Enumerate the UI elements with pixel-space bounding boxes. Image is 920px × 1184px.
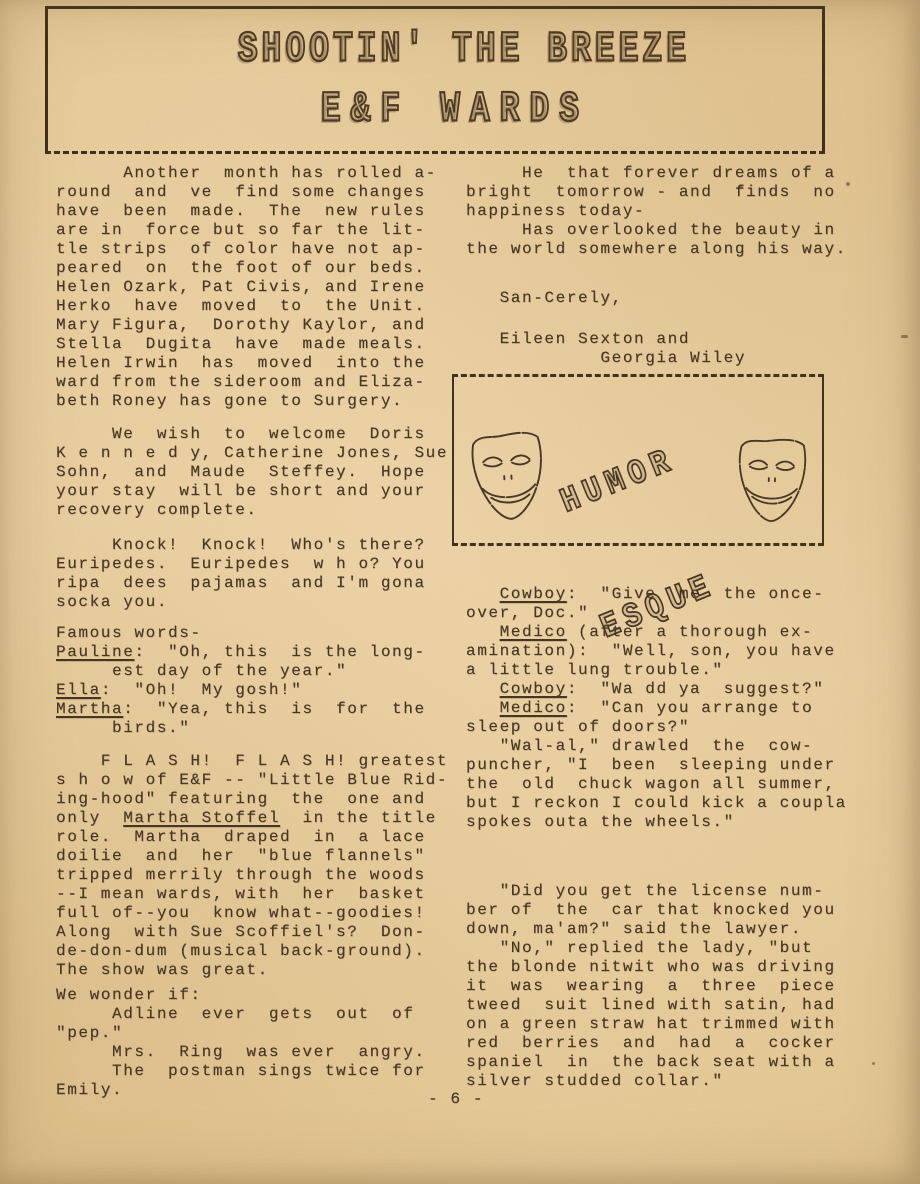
lawyer-joke: "Did you get the license num- ber of the… — [466, 882, 872, 1091]
knock-knock-joke: Knock! Knock! Who's there? Euripedes. Eu… — [56, 536, 458, 612]
newsletter-title: SHOOTIN' THE BREEZE — [48, 25, 822, 73]
famous-words-list: Famous words- Pauline: "Oh, this is the … — [56, 624, 458, 738]
humoresque-box: HUMOR ESQUE — [452, 374, 824, 546]
flash-announcement: F L A S H! F L A S H! greatest s h o w o… — [56, 752, 462, 980]
masthead-box: SHOOTIN' THE BREEZE E&F WARDS — [45, 6, 825, 154]
humoresque-word-top: HUMOR — [522, 426, 715, 538]
cowboy-medico-joke: Cowboy: "Give me the once- over, Doc." M… — [466, 585, 872, 832]
scan-speck — [872, 1062, 875, 1065]
we-wonder-if-list: We wonder if: Adline ever gets out of "p… — [56, 986, 458, 1100]
page-number: - 6 - — [366, 1090, 546, 1109]
newsletter-page: SHOOTIN' THE BREEZE E&F WARDS Another mo… — [0, 0, 920, 1184]
newsletter-subtitle: E&F WARDS — [48, 85, 822, 133]
signoff: San-Cerely, — [466, 289, 872, 308]
comedy-mask-right-icon — [730, 428, 813, 527]
dreams-verse: He that forever dreams of a bright tomor… — [466, 164, 872, 259]
paragraph-ward-news: Another month has rolled a- round and ve… — [56, 164, 458, 411]
paragraph-welcome: We wish to welcome Doris K e n n e d y, … — [56, 425, 458, 520]
scan-speck — [901, 335, 908, 338]
